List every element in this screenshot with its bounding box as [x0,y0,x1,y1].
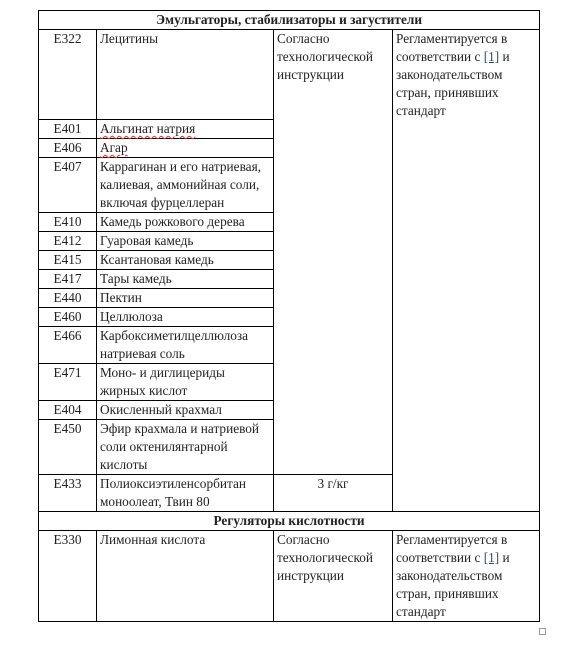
dosage-cell: Согласно технологической инструкции [274,531,393,622]
additive-code: E466 [39,327,97,364]
additive-code: E433 [39,475,97,512]
additive-name: Окисленный крахмал [97,401,274,420]
additive-code: E410 [39,213,97,232]
additive-name: Агар [97,139,274,158]
additives-table: Эмульгаторы, стабилизаторы и загустители… [38,10,540,622]
additive-code: E450 [39,420,97,475]
dosage-cell: 3 г/кг [274,475,393,512]
additive-name: Камедь рожкового дерева [97,213,274,232]
additive-name: Пектин [97,289,274,308]
additive-name: Ксантановая камедь [97,251,274,270]
section-header-row: Регуляторы кислотности [39,512,540,531]
section-header-row: Эмульгаторы, стабилизаторы и загустители [39,11,540,30]
additive-code: E404 [39,401,97,420]
additive-code: E412 [39,232,97,251]
section-title: Эмульгаторы, стабилизаторы и загустители [39,11,540,30]
additive-code: E407 [39,158,97,213]
additive-name: Моно- и диглицериды жирных кислот [97,364,274,401]
additive-name: Эфир крахмала и натриевой соли октенилян… [97,420,274,475]
additive-code: E401 [39,120,97,139]
additive-code: E322 [39,30,97,120]
regulation-cell: Регламентируется в соответствии с [1] и … [393,30,540,512]
table-row: E322 Лецитины Согласно технологической и… [39,30,540,120]
additive-name: Альгинат натрия [97,120,274,139]
additive-name: Полиоксиэтиленсорбитан моноолеат, Твин 8… [97,475,274,512]
additive-code: E460 [39,308,97,327]
additive-name: Карбоксиметилцеллюлоза натриевая соль [97,327,274,364]
additive-name: Лецитины [97,30,274,120]
table-resize-handle[interactable] [539,628,546,635]
additive-name: Гуаровая камедь [97,232,274,251]
additive-code: E330 [39,531,97,622]
reference-link[interactable]: [1] [484,49,500,64]
additive-name: Целлюлоза [97,308,274,327]
section-title: Регуляторы кислотности [39,512,540,531]
additive-name: Каррагинан и его натриевая, калиевая, ам… [97,158,274,213]
additive-code: E406 [39,139,97,158]
reference-link[interactable]: [1] [484,550,500,565]
additive-code: E417 [39,270,97,289]
additive-code: E471 [39,364,97,401]
additive-code: E415 [39,251,97,270]
dosage-cell: Согласно технологической инструкции [274,30,393,475]
additive-code: E440 [39,289,97,308]
regulation-cell: Регламентируется в соответствии с [1] и … [393,531,540,622]
additive-name: Лимонная кислота [97,531,274,622]
additive-name: Тары камедь [97,270,274,289]
table-row: E330 Лимонная кислота Согласно технологи… [39,531,540,622]
